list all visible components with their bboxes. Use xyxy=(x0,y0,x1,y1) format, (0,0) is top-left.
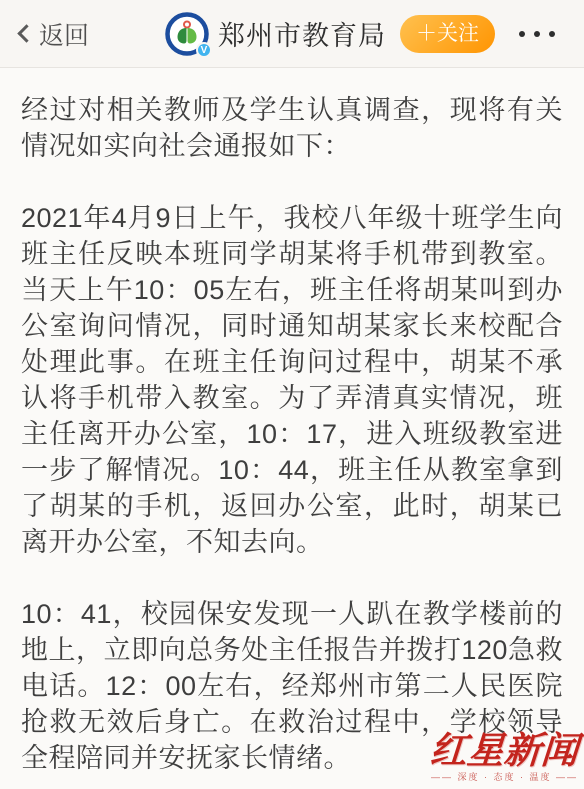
post-body: 经过对相关教师及学生认真调查，现将有关情况如实向社会通报如下： 2021年4月9… xyxy=(0,68,584,776)
more-options-icon[interactable] xyxy=(517,21,557,47)
account-header[interactable]: V 郑州市教育局 xyxy=(165,12,386,56)
back-button[interactable]: 返回 xyxy=(16,16,89,52)
post-page: 返回 V 郑州市教育局 ＋关注 经过对相关教师及学生认真调查，现将有关情况如实向… xyxy=(0,0,584,789)
back-button-label: 返回 xyxy=(39,16,89,52)
dot xyxy=(519,31,525,37)
follow-button[interactable]: ＋关注 xyxy=(400,15,495,53)
account-name: 郑州市教育局 xyxy=(218,14,386,53)
post-paragraph-intro: 经过对相关教师及学生认真调查，现将有关情况如实向社会通报如下： xyxy=(21,92,563,164)
verified-badge-icon: V xyxy=(196,42,212,58)
dot xyxy=(534,31,540,37)
dot xyxy=(549,31,555,37)
chevron-left-icon xyxy=(17,24,35,42)
account-avatar: V xyxy=(165,12,209,56)
top-navigation-bar: 返回 V 郑州市教育局 ＋关注 xyxy=(0,0,584,68)
post-paragraph-incident: 2021年4月9日上午，我校八年级十班学生向班主任反映本班同学胡某将手机带到教室… xyxy=(21,200,563,560)
post-paragraph-outcome: 10：41，校园保安发现一人趴在教学楼前的地上，立即向总务处主任报告并拨打120… xyxy=(21,596,563,776)
